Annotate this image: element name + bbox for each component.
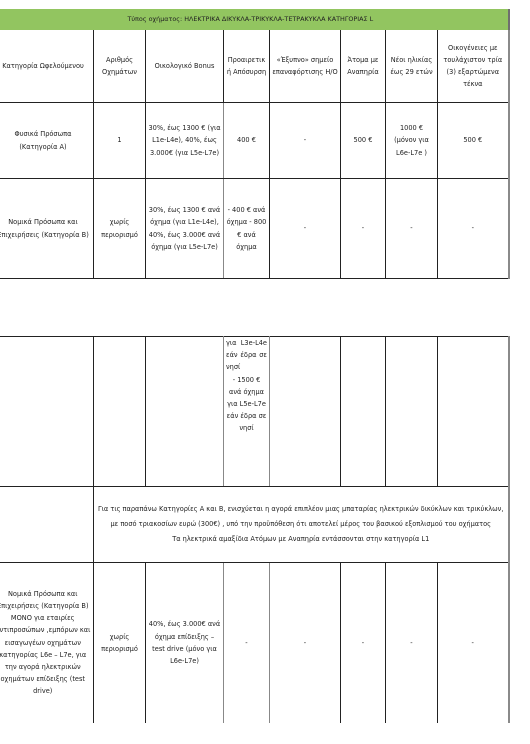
column-header-row: Κατηγορία Ωφελούμενου Αριθμός Οχημάτων Ο… — [0, 30, 509, 103]
cell-youth: - — [386, 563, 438, 723]
cell-vehicles: 1 — [94, 103, 146, 179]
scrappage-island-l3-l4: για L3e-L4e εάν έδρα σε νησί — [226, 337, 267, 374]
subsidy-table-page-2: για L3e-L4e εάν έδρα σε νησί - 1500 € αν… — [0, 336, 510, 723]
table-row: Φυσικά Πρόσωπα (Κατηγορία Α) 1 30%, έως … — [0, 103, 509, 179]
cell-charger: - — [270, 179, 341, 279]
cell-disability: - — [341, 563, 386, 723]
cell-scrappage: 400 € — [224, 103, 270, 179]
cell-category: Νομικά Πρόσωπα και Επιχειρήσεις (Κατηγορ… — [0, 563, 94, 723]
table-row-continued: για L3e-L4e εάν έδρα σε νησί - 1500 € αν… — [0, 337, 509, 487]
page-2: για L3e-L4e εάν έδρα σε νησί - 1500 € αν… — [0, 336, 508, 723]
notes-cell: Για τις παραπάνω Κατηγορίες Α και Β, ενι… — [94, 487, 509, 563]
cell-scrappage-continued: για L3e-L4e εάν έδρα σε νησί - 1500 € αν… — [224, 337, 270, 487]
table-title-row: Τύπος οχήματος: ΗΛΕΚΤΡΙΚΑ ΔΙΚΥΚΛΑ-ΤΡΙΚΥΚ… — [0, 10, 509, 30]
wheelchair-note: Τα ηλεκτρικά αμαξίδια Ατόμων με Αναπηρία… — [96, 532, 506, 547]
cell-disability: 500 € — [341, 103, 386, 179]
scrappage-island-l5-l7: - 1500 € ανά όχημα για L5e-L7e εάν έδρα … — [226, 374, 267, 435]
subsidy-table-page-1: Τύπος οχήματος: ΗΛΕΚΤΡΙΚΑ ΔΙΚΥΚΛΑ-ΤΡΙΚΥΚ… — [0, 9, 510, 279]
cell-families: - — [438, 179, 509, 279]
cell-disability: - — [341, 179, 386, 279]
notes-row: Για τις παραπάνω Κατηγορίες Α και Β, ενι… — [0, 487, 509, 563]
col-header-scrappage: Προαιρετική Απόσυρση — [224, 30, 270, 103]
battery-note: Για τις παραπάνω Κατηγορίες Α και Β, ενι… — [96, 502, 506, 532]
col-header-families: Οικογένειες με τουλάχιστον τρία (3) εξαρ… — [438, 30, 509, 103]
col-header-category: Κατηγορία Ωφελούμενου — [0, 30, 94, 103]
table-row: Νομικά Πρόσωπα και Επιχειρήσεις (Κατηγορ… — [0, 179, 509, 279]
cell-charger: - — [270, 563, 341, 723]
table-row: Νομικά Πρόσωπα και Επιχειρήσεις (Κατηγορ… — [0, 563, 509, 723]
col-header-vehicles: Αριθμός Οχημάτων — [94, 30, 146, 103]
page-1: Τύπος οχήματος: ΗΛΕΚΤΡΙΚΑ ΔΙΚΥΚΛΑ-ΤΡΙΚΥΚ… — [0, 9, 508, 279]
table-title: Τύπος οχήματος: ΗΛΕΚΤΡΙΚΑ ΔΙΚΥΚΛΑ-ΤΡΙΚΥΚ… — [0, 10, 509, 30]
cell-scrappage: - 400 € ανά όχημα - 800 € ανά όχημα — [224, 179, 270, 279]
col-header-disability: Άτομα με Αναπηρία — [341, 30, 386, 103]
cell-eco-bonus: 30%, έως 1300 € (για L1e-L4e), 40%, έως … — [146, 103, 224, 179]
cell-category: Νομικά Πρόσωπα και Επιχειρήσεις (Κατηγορ… — [0, 179, 94, 279]
cell-vehicles: χωρίς περιορισμό — [94, 179, 146, 279]
col-header-charger: «Έξυπνο» σημείο επαναφόρτισης Η/Ο — [270, 30, 341, 103]
col-header-eco-bonus: Οικολογικό Bonus — [146, 30, 224, 103]
cell-families: - — [438, 563, 509, 723]
cell-charger: - — [270, 103, 341, 179]
cell-eco-bonus: 40%, έως 3.000€ ανά όχημα επίδειξης – te… — [146, 563, 224, 723]
cell-category: Φυσικά Πρόσωπα (Κατηγορία Α) — [0, 103, 94, 179]
cell-eco-bonus: 30%, έως 1300 € ανά όχημα (για L1e-L4e),… — [146, 179, 224, 279]
cell-families: 500 € — [438, 103, 509, 179]
cell-scrappage: - — [224, 563, 270, 723]
cell-vehicles: χωρίς περιορισμό — [94, 563, 146, 723]
cell-youth: - — [386, 179, 438, 279]
col-header-youth: Νέοι ηλικίας έως 29 ετών — [386, 30, 438, 103]
cell-youth: 1000 € (μόνον για L6e-L7e ) — [386, 103, 438, 179]
